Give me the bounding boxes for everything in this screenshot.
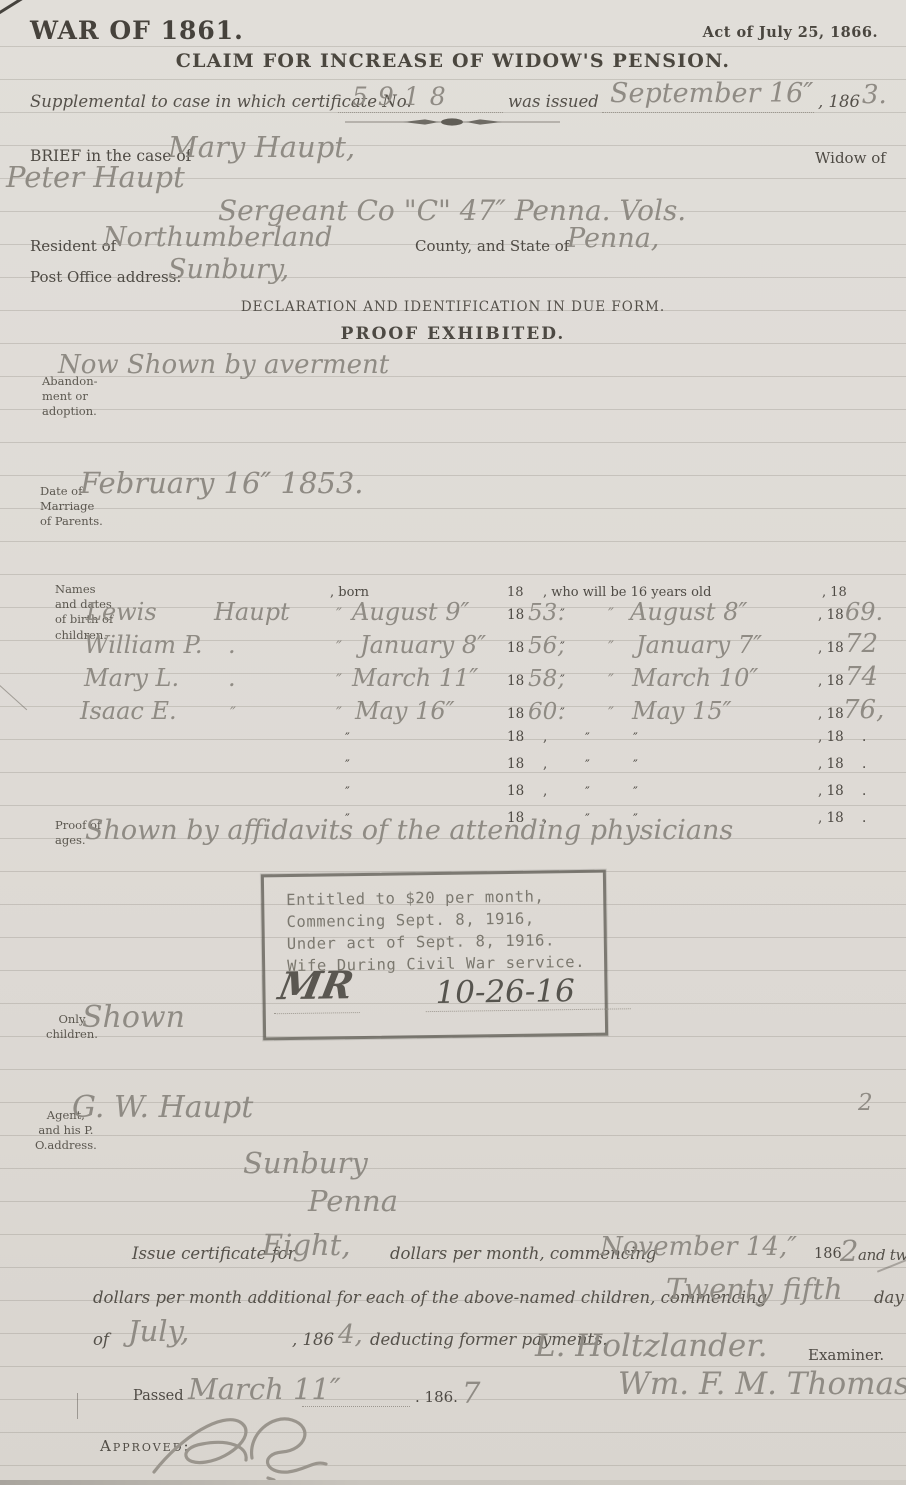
printed-comma: , — [543, 783, 547, 799]
issue-year-printed: 186 — [814, 1246, 842, 1262]
passed-year-printed: . 186. — [415, 1388, 458, 1406]
sixteen-date-handwritten: January 7″ — [636, 631, 762, 659]
child-surname: Haupt — [214, 598, 290, 626]
ditto-mark: ″ — [345, 731, 350, 746]
printed-18: , 18 — [818, 729, 844, 745]
agent-town-handwritten: Sunbury — [243, 1146, 368, 1180]
child-name: William P. — [84, 631, 203, 659]
examiner-label: Examiner. — [808, 1346, 884, 1364]
ditto-mark: ″ — [585, 758, 590, 773]
ditto-mark: ″ — [633, 785, 638, 800]
printed-period: . — [862, 810, 866, 826]
corner-fold-mark — [0, 0, 25, 15]
certificate-blank-line — [338, 92, 503, 113]
ditto-mark: ″ — [608, 703, 614, 722]
abandonment-answer-handwritten: Now Shown by averment — [58, 350, 389, 380]
pension-stamp: Entitled to $20 per month, Commencing Se… — [261, 870, 608, 1041]
sixteen-date-handwritten: May 15″ — [632, 697, 732, 725]
year-printed: , 186 — [818, 92, 860, 111]
printed-18: 18 — [507, 673, 524, 689]
marriage-date-handwritten: February 16″ 1853. — [80, 466, 364, 500]
agent-state-handwritten: Penna — [308, 1184, 398, 1218]
war-heading: WAR OF 1861. — [30, 16, 244, 45]
printed-18: 18 — [507, 640, 524, 656]
printed-18: , 18 — [818, 810, 844, 826]
ditto-mark: ″ — [560, 673, 565, 688]
ditto-mark: ″ — [560, 706, 565, 721]
year-handwritten: 3. — [862, 80, 887, 110]
birth-date-handwritten: January 8″ — [360, 631, 486, 659]
proof-exhibited-heading: PROOF EXHIBITED. — [0, 324, 906, 344]
ditto-mark: ″ — [608, 637, 614, 656]
proof-of-ages-handwritten: Shown by affidavits of the attending phy… — [85, 815, 733, 846]
issue-line3-pre: of — [93, 1330, 109, 1349]
sixteen-date-handwritten: March 10″ — [632, 664, 758, 692]
post-office-handwritten: Sunbury, — [168, 254, 289, 285]
printed-18: 18 — [507, 756, 524, 772]
printed-18: 18 — [507, 729, 524, 745]
printed-18: , 18 — [818, 783, 844, 799]
county-state-label: County, and State of — [415, 237, 569, 255]
passed-blank-line — [302, 1386, 410, 1407]
act-label: Act of July 25, 1866. — [703, 24, 878, 41]
printed-period: . — [862, 756, 866, 772]
stamp-date-underline — [426, 988, 631, 1012]
printed-18: 18 — [507, 783, 524, 799]
printed-18: 18 — [507, 706, 524, 722]
stray-vertical-mark — [77, 1393, 78, 1419]
widow-name-handwritten: Mary Haupt, — [168, 130, 355, 164]
issue-line2-end: day — [874, 1288, 904, 1307]
printed-18: , 18 — [818, 607, 844, 623]
ditto-mark: ″ — [633, 758, 638, 773]
printed-18: , 18 — [818, 673, 844, 689]
issue-line3-mid: , 186 — [292, 1330, 334, 1349]
printed-18: 18 — [507, 607, 524, 623]
stamp-line-3: Under act of Sept. 8, 1916. — [287, 931, 555, 953]
ditto-mark: ″ — [336, 703, 342, 722]
birth-date-handwritten: May 16″ — [355, 697, 455, 725]
examiner-signature-handwritten: L. Holtzlander. — [535, 1328, 768, 1364]
child-name: Lewis — [86, 598, 157, 626]
sixteen-year-handwritten: 74 — [845, 662, 878, 692]
stamp-line-2: Commencing Sept. 8, 1916, — [286, 910, 535, 931]
child-surname: ″ — [230, 703, 236, 722]
printed-18: , 18 — [818, 640, 844, 656]
state-handwritten: Penna, — [567, 223, 659, 254]
ditto-mark: ″ — [345, 785, 350, 800]
child-surname: . — [228, 631, 236, 659]
child-name: Isaac E. — [80, 697, 177, 725]
ditto-mark: ″ — [608, 604, 614, 623]
ditto-mark: ″ — [345, 758, 350, 773]
second-examiner-signature-handwritten: Wm. F. M. Thomas. — [618, 1366, 906, 1402]
passed-label: Passed — [133, 1388, 184, 1404]
birth-date-handwritten: March 11″ — [352, 664, 478, 692]
children-header-18: 18 — [507, 585, 524, 600]
printed-18: , 18 — [818, 706, 844, 722]
bottom-edge-shadow — [0, 1480, 906, 1485]
page-number-handwritten: 2 — [858, 1090, 873, 1116]
ditto-mark: ″ — [336, 604, 342, 623]
printed-comma: , — [543, 756, 547, 772]
printed-18: , 18 — [818, 756, 844, 772]
ditto-mark: ″ — [336, 670, 342, 689]
ditto-mark: ″ — [633, 731, 638, 746]
issue-line3-year-handwritten: 4, — [338, 1320, 363, 1350]
divider-ornament — [345, 116, 560, 128]
pension-claim-document: WAR OF 1861. Act of July 25, 1866. CLAIM… — [0, 0, 906, 1485]
sixteen-year-handwritten: 72 — [845, 629, 878, 659]
children-header-18b: , 18 — [822, 585, 847, 600]
stamp-line-1: Entitled to $20 per month, — [286, 887, 544, 909]
ditto-mark: ″ — [608, 670, 614, 689]
ditto-mark: ″ — [560, 607, 565, 622]
child-name: Mary L. — [84, 664, 179, 692]
printed-period: . — [862, 729, 866, 745]
left-crease-mark — [0, 683, 27, 711]
page-title: CLAIM FOR INCREASE OF WIDOW'S PENSION. — [0, 50, 906, 72]
date-blank-line — [602, 92, 814, 113]
county-handwritten: Northumberland — [103, 222, 333, 253]
sixteen-date-handwritten: August 8″ — [630, 598, 747, 626]
was-issued-label: was issued — [508, 92, 599, 111]
ditto-mark: ″ — [560, 640, 565, 655]
issue-month-handwritten: July, — [128, 1314, 189, 1348]
declaration-heading: DECLARATION AND IDENTIFICATION IN DUE FO… — [0, 299, 906, 315]
issue-year-handwritten: 2 — [840, 1234, 858, 1268]
post-office-label: Post Office address: — [30, 268, 181, 286]
ditto-mark: ″ — [585, 731, 590, 746]
issue-amount-handwritten: Eight, — [262, 1228, 351, 1262]
approved-signature — [148, 1406, 358, 1485]
passed-year-handwritten: 7 — [462, 1376, 480, 1410]
issue-commencing-handwritten: November 14,″ — [600, 1232, 797, 1262]
only-children-handwritten: Shown — [82, 1000, 185, 1035]
ditto-mark: ″ — [336, 637, 342, 656]
sixteen-year-handwritten: 69. — [845, 598, 883, 626]
sixteen-year-handwritten: 76, — [843, 695, 884, 725]
printed-period: . — [862, 783, 866, 799]
widow-of-label: Widow of — [815, 149, 886, 167]
issue-day-handwritten: Twenty fifth — [666, 1272, 843, 1306]
child-surname: . — [228, 664, 236, 692]
birth-date-handwritten: August 9″ — [352, 598, 469, 626]
soldier-name-handwritten: Peter Haupt — [6, 160, 185, 194]
agent-name-handwritten: G. W. Haupt — [72, 1090, 253, 1125]
stamp-initials-underline — [274, 992, 360, 1014]
ditto-mark: ″ — [585, 785, 590, 800]
printed-comma: , — [543, 729, 547, 745]
abandonment-label: Abandon- ment or adoption. — [42, 374, 98, 420]
